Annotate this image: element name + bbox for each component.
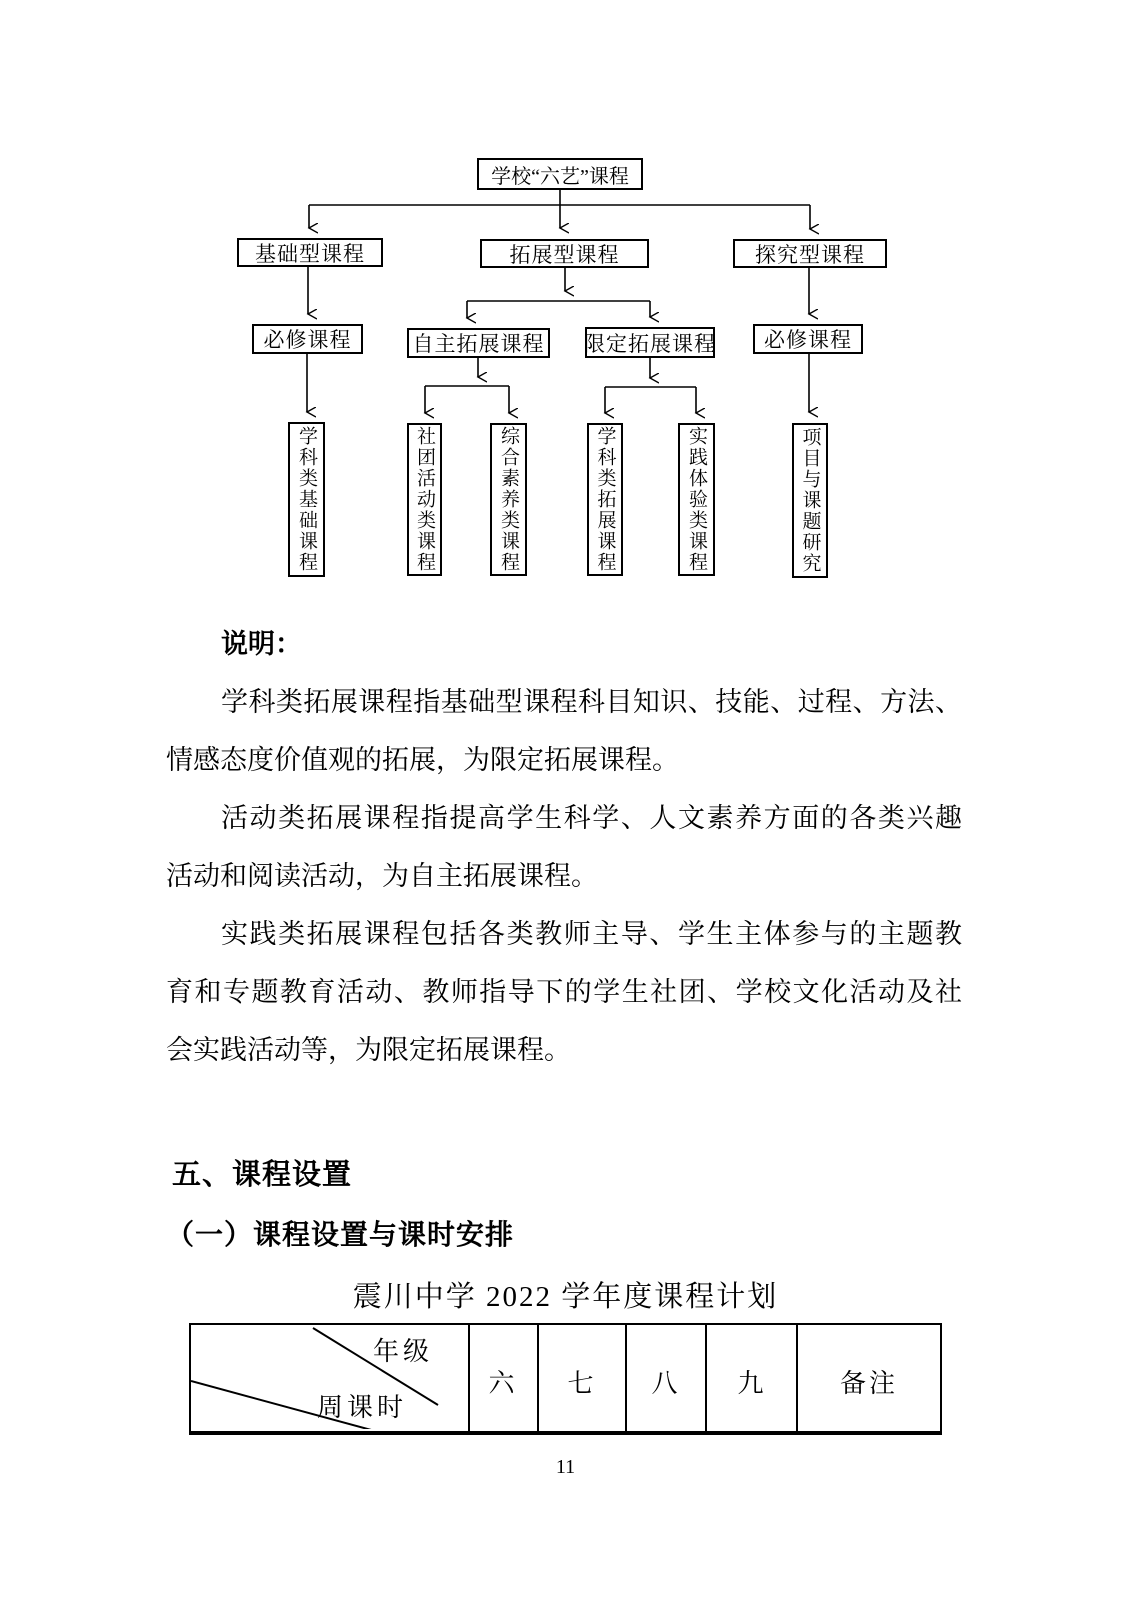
flow-node-expansion-courses: 拓展型课程 xyxy=(480,239,649,268)
flow-node-root: 学校“六艺”课程 xyxy=(477,158,643,190)
flow-node-required-left: 必修课程 xyxy=(252,324,363,354)
corner-label-weekly-periods: 周课时 xyxy=(317,1387,407,1424)
table-column-divider xyxy=(705,1325,707,1431)
flow-node-basic-courses: 基础型课程 xyxy=(237,238,383,267)
corner-diagonal-lines xyxy=(191,1325,940,1429)
table-column-divider xyxy=(625,1325,627,1431)
document-page: 学校“六艺”课程 基础型课程 拓展型课程 探究型课程 必修课程 自主拓展课程 限… xyxy=(0,0,1131,1600)
corner-label-grade: 年级 xyxy=(373,1331,433,1368)
explanation-line: 实践类拓展课程包括各类教师主导、学生主体参与的主题教 xyxy=(166,905,962,963)
curriculum-table: 年级 周课时 六 七 八 九 备注 xyxy=(189,1323,942,1435)
flow-node-self-expansion: 自主拓展课程 xyxy=(407,328,550,358)
column-header-grade9: 九 xyxy=(737,1363,766,1400)
explanation-heading: 说明： xyxy=(166,615,962,673)
explanation-line: 活动和阅读活动，为自主拓展课程。 xyxy=(166,847,962,905)
explanation-line: 活动类拓展课程指提高学生科学、人文素养方面的各类兴趣 xyxy=(166,789,962,847)
column-header-grade6: 六 xyxy=(488,1363,517,1400)
column-header-grade8: 八 xyxy=(651,1363,680,1400)
table-column-divider xyxy=(468,1325,470,1431)
flow-leaf-club-activity-courses: 社团活动类课程 xyxy=(407,423,442,576)
page-number: 11 xyxy=(0,1456,1131,1479)
flowchart-connectors xyxy=(0,0,1131,600)
explanation-line: 会实践活动等，为限定拓展课程。 xyxy=(166,1021,962,1079)
section-heading: 五、课程设置 xyxy=(172,1152,352,1193)
explanation-line: 学科类拓展课程指基础型课程科目知识、技能、过程、方法、 xyxy=(166,673,962,731)
explanation-block: 说明： 学科类拓展课程指基础型课程科目知识、技能、过程、方法、 情感态度价值观的… xyxy=(166,615,962,1079)
table-column-divider xyxy=(796,1325,798,1431)
explanation-line: 育和专题教育活动、教师指导下的学生社团、学校文化活动及社 xyxy=(166,963,962,1021)
flow-leaf-comprehensive-literacy-courses: 综合素养类课程 xyxy=(490,423,527,576)
flow-leaf-subject-expansion-courses: 学科类拓展课程 xyxy=(587,423,623,576)
flow-leaf-practice-experience-courses: 实践体验类课程 xyxy=(678,423,715,576)
flow-leaf-subject-basic-courses: 学科类基础课程 xyxy=(288,422,325,577)
table-column-divider xyxy=(537,1325,539,1431)
table-title: 震川中学 2022 学年度课程计划 xyxy=(0,1274,1131,1315)
explanation-line: 情感态度价值观的拓展，为限定拓展课程。 xyxy=(166,731,962,789)
flow-node-inquiry-courses: 探究型课程 xyxy=(733,239,887,268)
column-header-grade7: 七 xyxy=(567,1363,596,1400)
column-header-remarks: 备注 xyxy=(840,1363,898,1400)
subsection-heading: （一）课程设置与课时安排 xyxy=(166,1213,514,1253)
flow-leaf-project-research: 项目与课题研究 xyxy=(792,423,828,578)
flow-node-required-right: 必修课程 xyxy=(753,324,863,354)
flow-node-limited-expansion: 限定拓展课程 xyxy=(585,327,715,358)
